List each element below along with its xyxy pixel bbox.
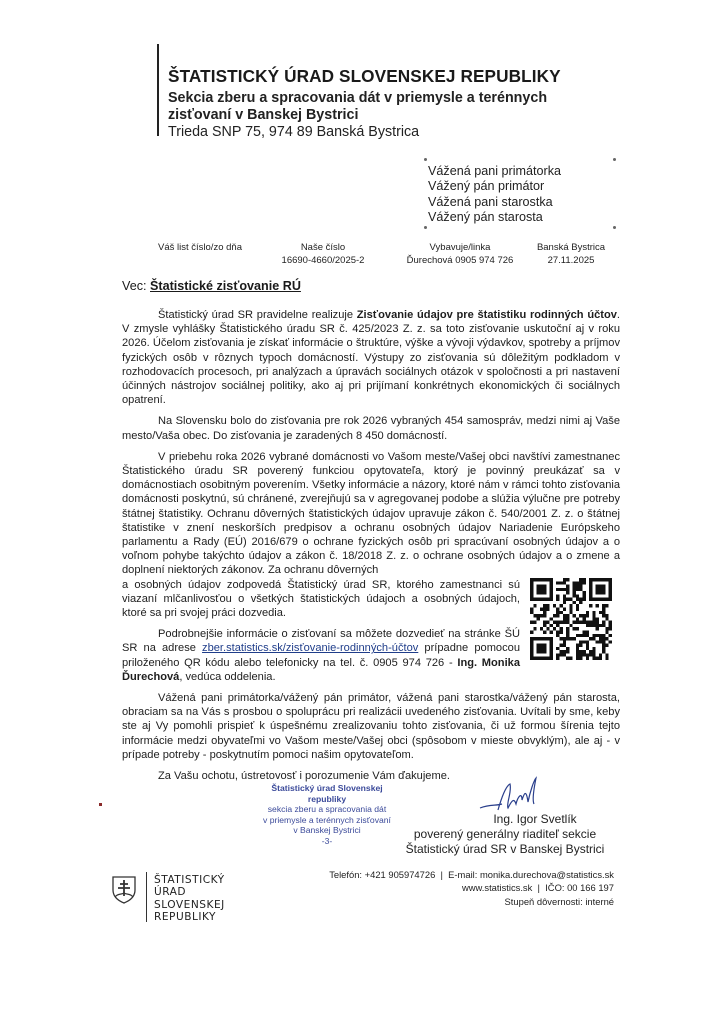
section-line-2: zisťovaní v Banskej Bystrici [168, 107, 561, 124]
addressee-line: Vážená pani primátorka [428, 164, 561, 179]
official-stamp: Štatistický úrad Slovenskej republiky se… [262, 783, 392, 847]
stamp-line: v Banskej Bystrici [262, 825, 392, 836]
text: , vedúca oddelenia. [179, 671, 275, 683]
footer-line-1: Telefón: +421 905974726 | E-mail: monika… [329, 868, 614, 881]
logo-divider [146, 872, 147, 922]
ref-label: Vybavuje/linka [400, 242, 520, 255]
stamp-line: Štatistický úrad Slovenskej republiky [262, 783, 392, 804]
qr-code[interactable] [530, 578, 612, 660]
addressee-line: Vážený pán starosta [428, 210, 561, 225]
signer-title: poverený generálny riaditeľ sekcie [400, 827, 610, 842]
address-window-corner [424, 158, 427, 161]
footer-email[interactable]: E-mail: monika.durechova@statistics.sk [448, 869, 614, 880]
subject-label: Vec: [122, 279, 147, 293]
footer-website[interactable]: www.statistics.sk [462, 882, 532, 893]
survey-name: Zisťovanie údajov pre štatistiku rodinný… [357, 309, 617, 321]
header-divider [157, 44, 159, 136]
logo-text: ŠTATISTICKÝ ÚRAD SLOVENSKEJ REPUBLIKY [154, 874, 225, 923]
text: Štatistický úrad SR pravidelne realizuje [158, 309, 357, 321]
signer-office: Štatistický úrad SR v Banskej Bystrici [400, 842, 610, 857]
footer-phone: Telefón: +421 905974726 [329, 869, 435, 880]
addressee-block: Vážená pani primátorka Vážený pán primát… [428, 164, 561, 225]
signer-name: Ing. Igor Svetlík [400, 812, 610, 827]
subject-title: Štatistické zisťovanie RÚ [150, 279, 301, 293]
separator: | [538, 882, 540, 893]
footer-ico: IČO: 00 166 197 [545, 882, 614, 893]
logo-line: SLOVENSKEJ [154, 899, 225, 911]
text: . V zmysle vyhlášky Štatistického úradu … [122, 309, 620, 406]
section-line-1: Sekcia zberu a spracovania dát v priemys… [168, 90, 561, 107]
addressee-line: Vážená pani starostka [428, 195, 561, 210]
ref-label: Váš list číslo/zo dňa [140, 242, 260, 255]
paragraph-4: Podrobnejšie informácie o zisťovaní sa m… [122, 627, 520, 684]
signatory: Ing. Igor Svetlík poverený generálny ria… [400, 812, 610, 857]
footer-confidentiality: Stupeň dôvernosti: interné [329, 895, 614, 908]
letter-body: Štatistický úrad SR pravidelne realizuje… [122, 308, 620, 790]
logo-line: REPUBLIKY [154, 911, 225, 923]
ref-contact: Vybavuje/linka Ďurechová 0905 974 726 [400, 242, 520, 267]
ref-our-number: Naše číslo 16690-4660/2025-2 [268, 242, 378, 267]
organization-address: Trieda SNP 75, 974 89 Banská Bystrica [168, 124, 561, 141]
paragraph-5: Vážená pani primátorka/vážený pán primát… [122, 691, 620, 762]
letterhead: ŠTATISTICKÝ ÚRAD SLOVENSKEJ REPUBLIKY Se… [168, 66, 561, 141]
ref-value: Ďurechová 0905 974 726 [400, 255, 520, 268]
subject-line: Vec: Štatistické zisťovanie RÚ [122, 279, 301, 293]
ref-date: 27.11.2025 [526, 255, 616, 268]
slovak-coat-of-arms-icon [112, 876, 136, 904]
logo-line: ŠTATISTICKÝ [154, 874, 225, 886]
address-window-corner [613, 226, 616, 229]
stamp-line: sekcia zberu a spracovania dát [262, 804, 392, 815]
footer-contact: Telefón: +421 905974726 | E-mail: monika… [329, 868, 614, 908]
ref-your-letter: Váš list číslo/zo dňa [140, 242, 260, 255]
paragraph-1: Štatistický úrad SR pravidelne realizuje… [122, 308, 620, 407]
survey-info-link[interactable]: zber.statistics.sk/zisťovanie-rodinných-… [202, 642, 418, 654]
ref-label: Naše číslo [268, 242, 378, 255]
stamp-line: -3- [262, 836, 392, 847]
addressee-line: Vážený pán primátor [428, 179, 561, 194]
footer-line-2: www.statistics.sk | IČO: 00 166 197 [329, 881, 614, 894]
address-window-corner [613, 158, 616, 161]
ref-value: 16690-4660/2025-2 [268, 255, 378, 268]
paragraph-2: Na Slovensku bolo do zisťovania pre rok … [122, 414, 620, 442]
ref-place-date: Banská Bystrica 27.11.2025 [526, 242, 616, 267]
logo-line: ÚRAD [154, 886, 225, 898]
section-name: Sekcia zberu a spracovania dát v priemys… [168, 90, 561, 124]
paragraph-3: V priebehu roka 2026 vybrané domácnosti … [122, 450, 620, 578]
scan-mark [99, 803, 102, 806]
paragraph-3-tail: a osobných údajov zodpovedá Štatistický … [122, 578, 520, 621]
separator: | [441, 869, 443, 880]
organization-name: ŠTATISTICKÝ ÚRAD SLOVENSKEJ REPUBLIKY [168, 66, 561, 87]
stamp-line: v priemysle a terénnych zisťovaní [262, 815, 392, 826]
address-window-corner [424, 226, 427, 229]
ref-place: Banská Bystrica [526, 242, 616, 255]
